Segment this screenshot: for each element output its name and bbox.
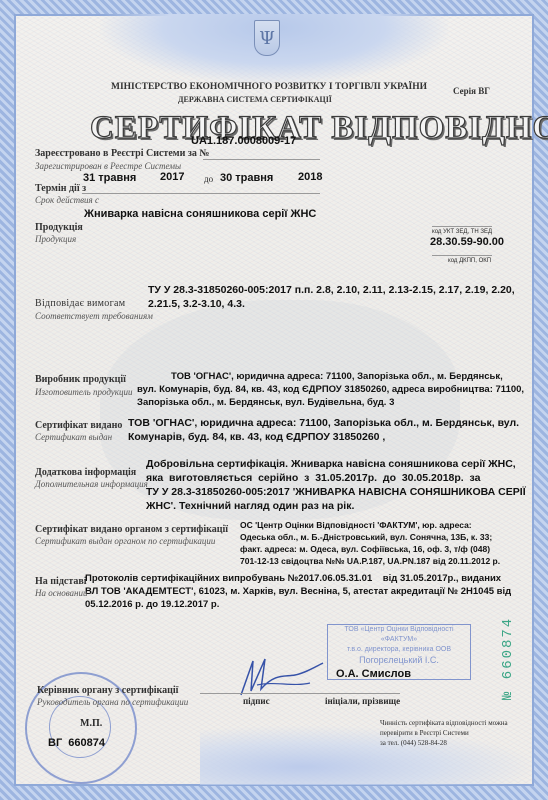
product-name: Жниварка навісна соняшникова серії ЖНС	[84, 208, 316, 220]
code-value: 28.30.59-90.00	[430, 236, 504, 248]
signature-line	[200, 693, 400, 694]
valid-to-day: 30 травня	[220, 172, 273, 184]
head-label-ru: Руководитель органа по сертификации	[37, 697, 188, 707]
name-label: ініціали, прізвище	[325, 696, 400, 706]
certificate-title: СЕРТИФІКАТ ВІДПОВІДНОСТІ	[90, 110, 548, 147]
manufacturer-label: Виробник продукції	[35, 374, 126, 385]
head-label: Керівник органу з сертифікації	[37, 685, 178, 696]
valid-from-year: 2017	[160, 171, 184, 183]
seal-label: М.П.	[80, 718, 102, 729]
validity-label: Термін дії з	[35, 183, 86, 194]
issuer-line-1: ОС 'Центр Оцінки Відповідності 'ФАКТУМ',…	[240, 520, 472, 530]
footer-note-1: Чинність сертифіката відповідності можна	[380, 719, 508, 727]
stamp-line-1: ТОВ «Центр Оцінки Відповідності	[328, 625, 470, 635]
valid-from-day: 31 травня	[83, 172, 136, 184]
footer-note-2: перевірити в Реєстрі Системи	[380, 729, 469, 737]
signatory-name: О.А. Смислов	[336, 668, 411, 680]
registration-label-ru: Зарегистрирован в Реестре Системы	[35, 161, 181, 171]
additional-label-ru: Дополнительная информация	[35, 479, 148, 489]
signature-label: підпис	[243, 696, 270, 706]
trident-icon: Ψ	[254, 20, 280, 56]
basis-line-1: Протоколів сертифікаційних випробувань №…	[85, 573, 501, 584]
issued-to-label: Сертифікат видано	[35, 420, 122, 431]
additional-line-4: ЖНС'. Технічний нагляд один раз на рік.	[146, 500, 354, 512]
issuer-line-2: Одеська обл., м. Б.-Дністровський, вул. …	[240, 532, 492, 542]
additional-line-1: Добровільна сертифікація. Жниварка навіс…	[146, 458, 516, 470]
stamp-line-2: «ФАКТУМ»	[328, 635, 470, 645]
stamp-line-4: Погорєлецький І.С.	[328, 655, 470, 665]
basis-line-2: ВЛ ТОВ 'АКАДЕМТЕСТ', 61023, м. Харків, в…	[85, 586, 511, 597]
registration-label: Зареєстровано в Реєстрі Системи за №	[35, 148, 209, 159]
certificate-page: Ψ МІНІСТЕРСТВО ЕКОНОМІЧНОГО РОЗВИТКУ І Т…	[0, 0, 548, 800]
valid-to-word: до	[204, 174, 213, 184]
manufacturer-line-2: вул. Комунарів, буд. 84, кв. 43, код ЄДР…	[137, 384, 524, 395]
footer-note-3: за тел. (044) 528-84-28	[380, 739, 447, 747]
series-label: Серія ВГ	[453, 86, 490, 96]
code2-line	[432, 255, 492, 256]
basis-label-ru: На основании	[35, 588, 88, 598]
requirements-label: Відповідає вимогам	[35, 298, 125, 309]
issuer-line-4: 701-12-13 свідоцтва №№ UA.P.187, UA.PN.1…	[240, 556, 500, 566]
manufacturer-line-3: Запорізька обл., м. Бердянськ, вул. Буді…	[137, 397, 394, 408]
valid-to-year: 2018	[298, 171, 322, 183]
product-label: Продукція	[35, 222, 83, 233]
manufacturer-label-ru: Изготовитель продукции	[35, 387, 133, 397]
registration-line	[203, 159, 320, 160]
stamp-line-3: т.в.о. директора, керівника ООВ	[328, 645, 470, 655]
issuer-line-3: факт. адреса: м. Одеса, вул. Софіївська,…	[240, 544, 490, 554]
issued-to-label-ru: Сертификат выдан	[35, 432, 112, 442]
additional-line-3: ТУ У 28.3-31850260-005:2017 'ЖНИВАРКА НА…	[146, 486, 526, 498]
issued-to-line-2: Комунарів, буд. 84, кв. 43, код ЄДРПОУ 3…	[128, 431, 385, 443]
requirements-line-2: 2.21.5, 3.2-3.10, 4.3.	[148, 298, 245, 310]
basis-line-3: 05.12.2016 р. до 19.12.2017 р.	[85, 599, 219, 610]
issuer-label: Сертифікат видано органом з сертифікації	[35, 524, 228, 535]
code2-label: код ДКПП, ОКП	[448, 258, 491, 264]
bottom-ornament	[200, 725, 540, 785]
code-label: код УКТ ЗЕД, ТН ЗЕД	[432, 229, 492, 235]
product-label-ru: Продукция	[35, 234, 76, 244]
requirements-label-ru: Соответствует требованиям	[35, 311, 153, 321]
validity-label-ru: Срок действия с	[35, 195, 99, 205]
validity-line	[82, 193, 320, 194]
serial-number: ВГ 660874	[48, 737, 105, 749]
registration-number: UA1.187.0008009-17	[191, 135, 296, 147]
issued-to-line-1: ТОВ 'ОГНАС', юридична адреса: 71100, Зап…	[128, 417, 519, 429]
vertical-serial-number: № 660874	[500, 617, 516, 700]
code-line	[432, 226, 492, 227]
additional-line-2: яка виготовляється серійно з 31.05.2017р…	[146, 472, 480, 484]
system-name: ДЕРЖАВНА СИСТЕМА СЕРТИФІКАЦІЇ	[178, 95, 332, 104]
additional-label: Додаткова інформація	[35, 467, 136, 478]
basis-label: На підставі	[35, 576, 87, 587]
manufacturer-line-1: ТОВ 'ОГНАС', юридична адреса: 71100, Зап…	[171, 371, 503, 382]
issuer-label-ru: Сертификат выдан органом по сертификации	[35, 536, 215, 546]
requirements-line-1: ТУ У 28.3-31850260-005:2017 п.п. 2.8, 2.…	[148, 284, 515, 296]
ministry-name: МІНІСТЕРСТВО ЕКОНОМІЧНОГО РОЗВИТКУ І ТОР…	[111, 82, 427, 92]
